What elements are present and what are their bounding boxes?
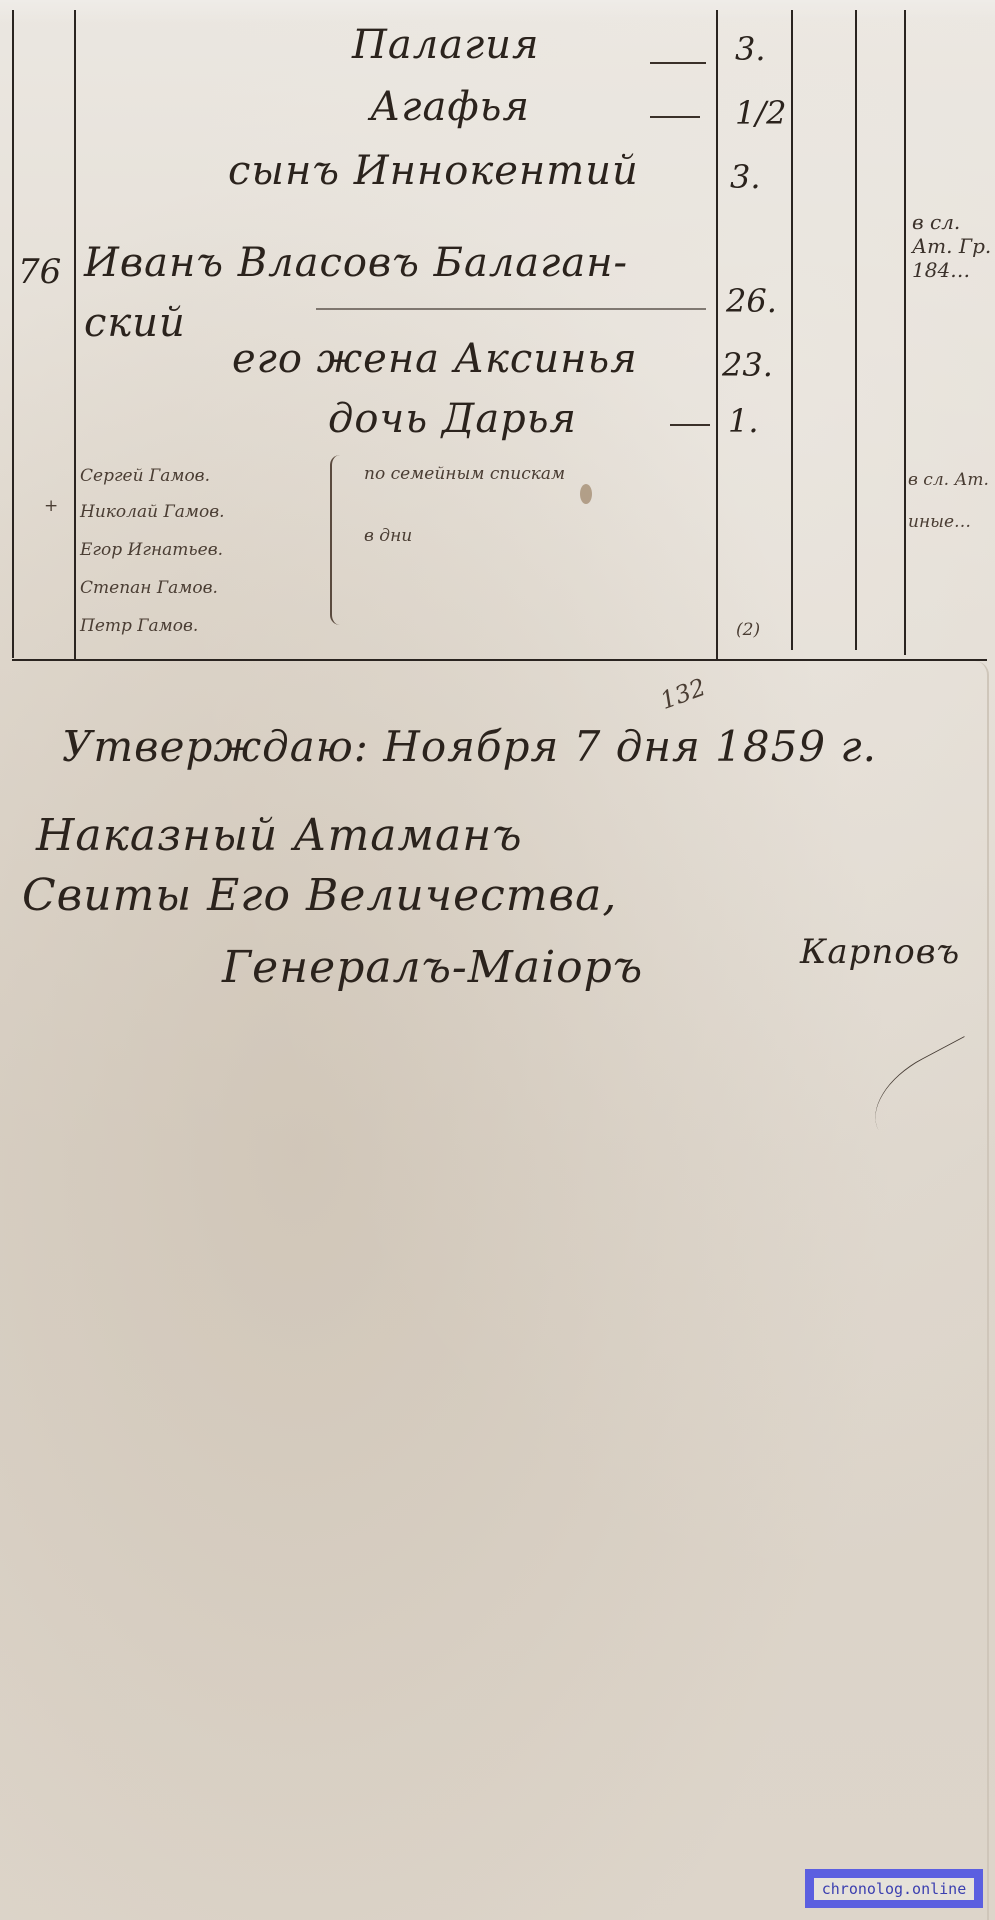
entry-age: 1/2 [735,94,787,132]
entry-name-innokenty: сынъ Иннокентий [228,148,639,194]
margin-mark: + [44,496,58,516]
extra-name: Сергей Гамов. [80,466,210,486]
entry-age: 26. [726,282,777,320]
extra-name: Степан Гамов. [80,578,218,598]
entry-name-palagia: Палагия [352,22,540,68]
column-mark: (2) [736,620,760,640]
entry-name-aksinya: его жена Аксинья [232,336,638,382]
column-rule-4 [855,10,857,650]
page-sheen [0,0,995,22]
watermark-text: chronolog.online [814,1878,975,1900]
entry-age: 3. [735,30,766,68]
entry-name-ivan-line1: Иванъ Власовъ Балаган- [84,240,628,286]
watermark-badge: chronolog.online [805,1869,983,1908]
bracket-note: в дни [364,526,412,546]
entry-dash [316,308,706,310]
bracket [330,455,346,625]
ink-stain [580,484,592,504]
column-rule-3 [791,10,793,650]
document-page: Палагия 3. Агафья 1/2 сынъ Иннокентий 3.… [0,0,995,1920]
signature: Карповъ [800,932,960,972]
column-rule-age [716,10,718,660]
extra-name: Егор Игнатьев. [80,540,223,560]
approval-line-3: Свиты Его Величества, [22,870,617,921]
approval-line-2: Наказный Атаманъ [36,810,523,861]
column-rule-left-margin [12,10,14,658]
entry-note: в сл. Ат. Гр. 184… [912,210,992,282]
column-rule-number [74,10,76,660]
entry-number: 76 [18,252,61,292]
entry-age: 1. [728,402,759,440]
approval-line-4: Генералъ-Маiоръ [222,942,643,993]
extra-name: Петр Гамов. [80,616,198,636]
approval-line-1: Утверждаю: Ноября 7 дня 1859 г. [62,722,877,771]
entry-name-agafia: Агафья [370,84,530,130]
entry-age: 3. [730,158,761,196]
entry-dash [650,62,706,64]
bracket-note: по семейным спискам [364,464,565,484]
column-rule-5 [904,10,906,655]
extra-name: Николай Гамов. [80,502,225,522]
entry-dash [650,116,700,118]
entry-name-daria: дочь Дарья [328,396,577,442]
entry-name-ivan-line2: ский [84,300,186,346]
entry-dash [670,424,710,426]
right-note: в сл. Ат. … [908,470,995,490]
entry-age: 23. [722,346,773,384]
right-note: иные… [908,512,971,532]
